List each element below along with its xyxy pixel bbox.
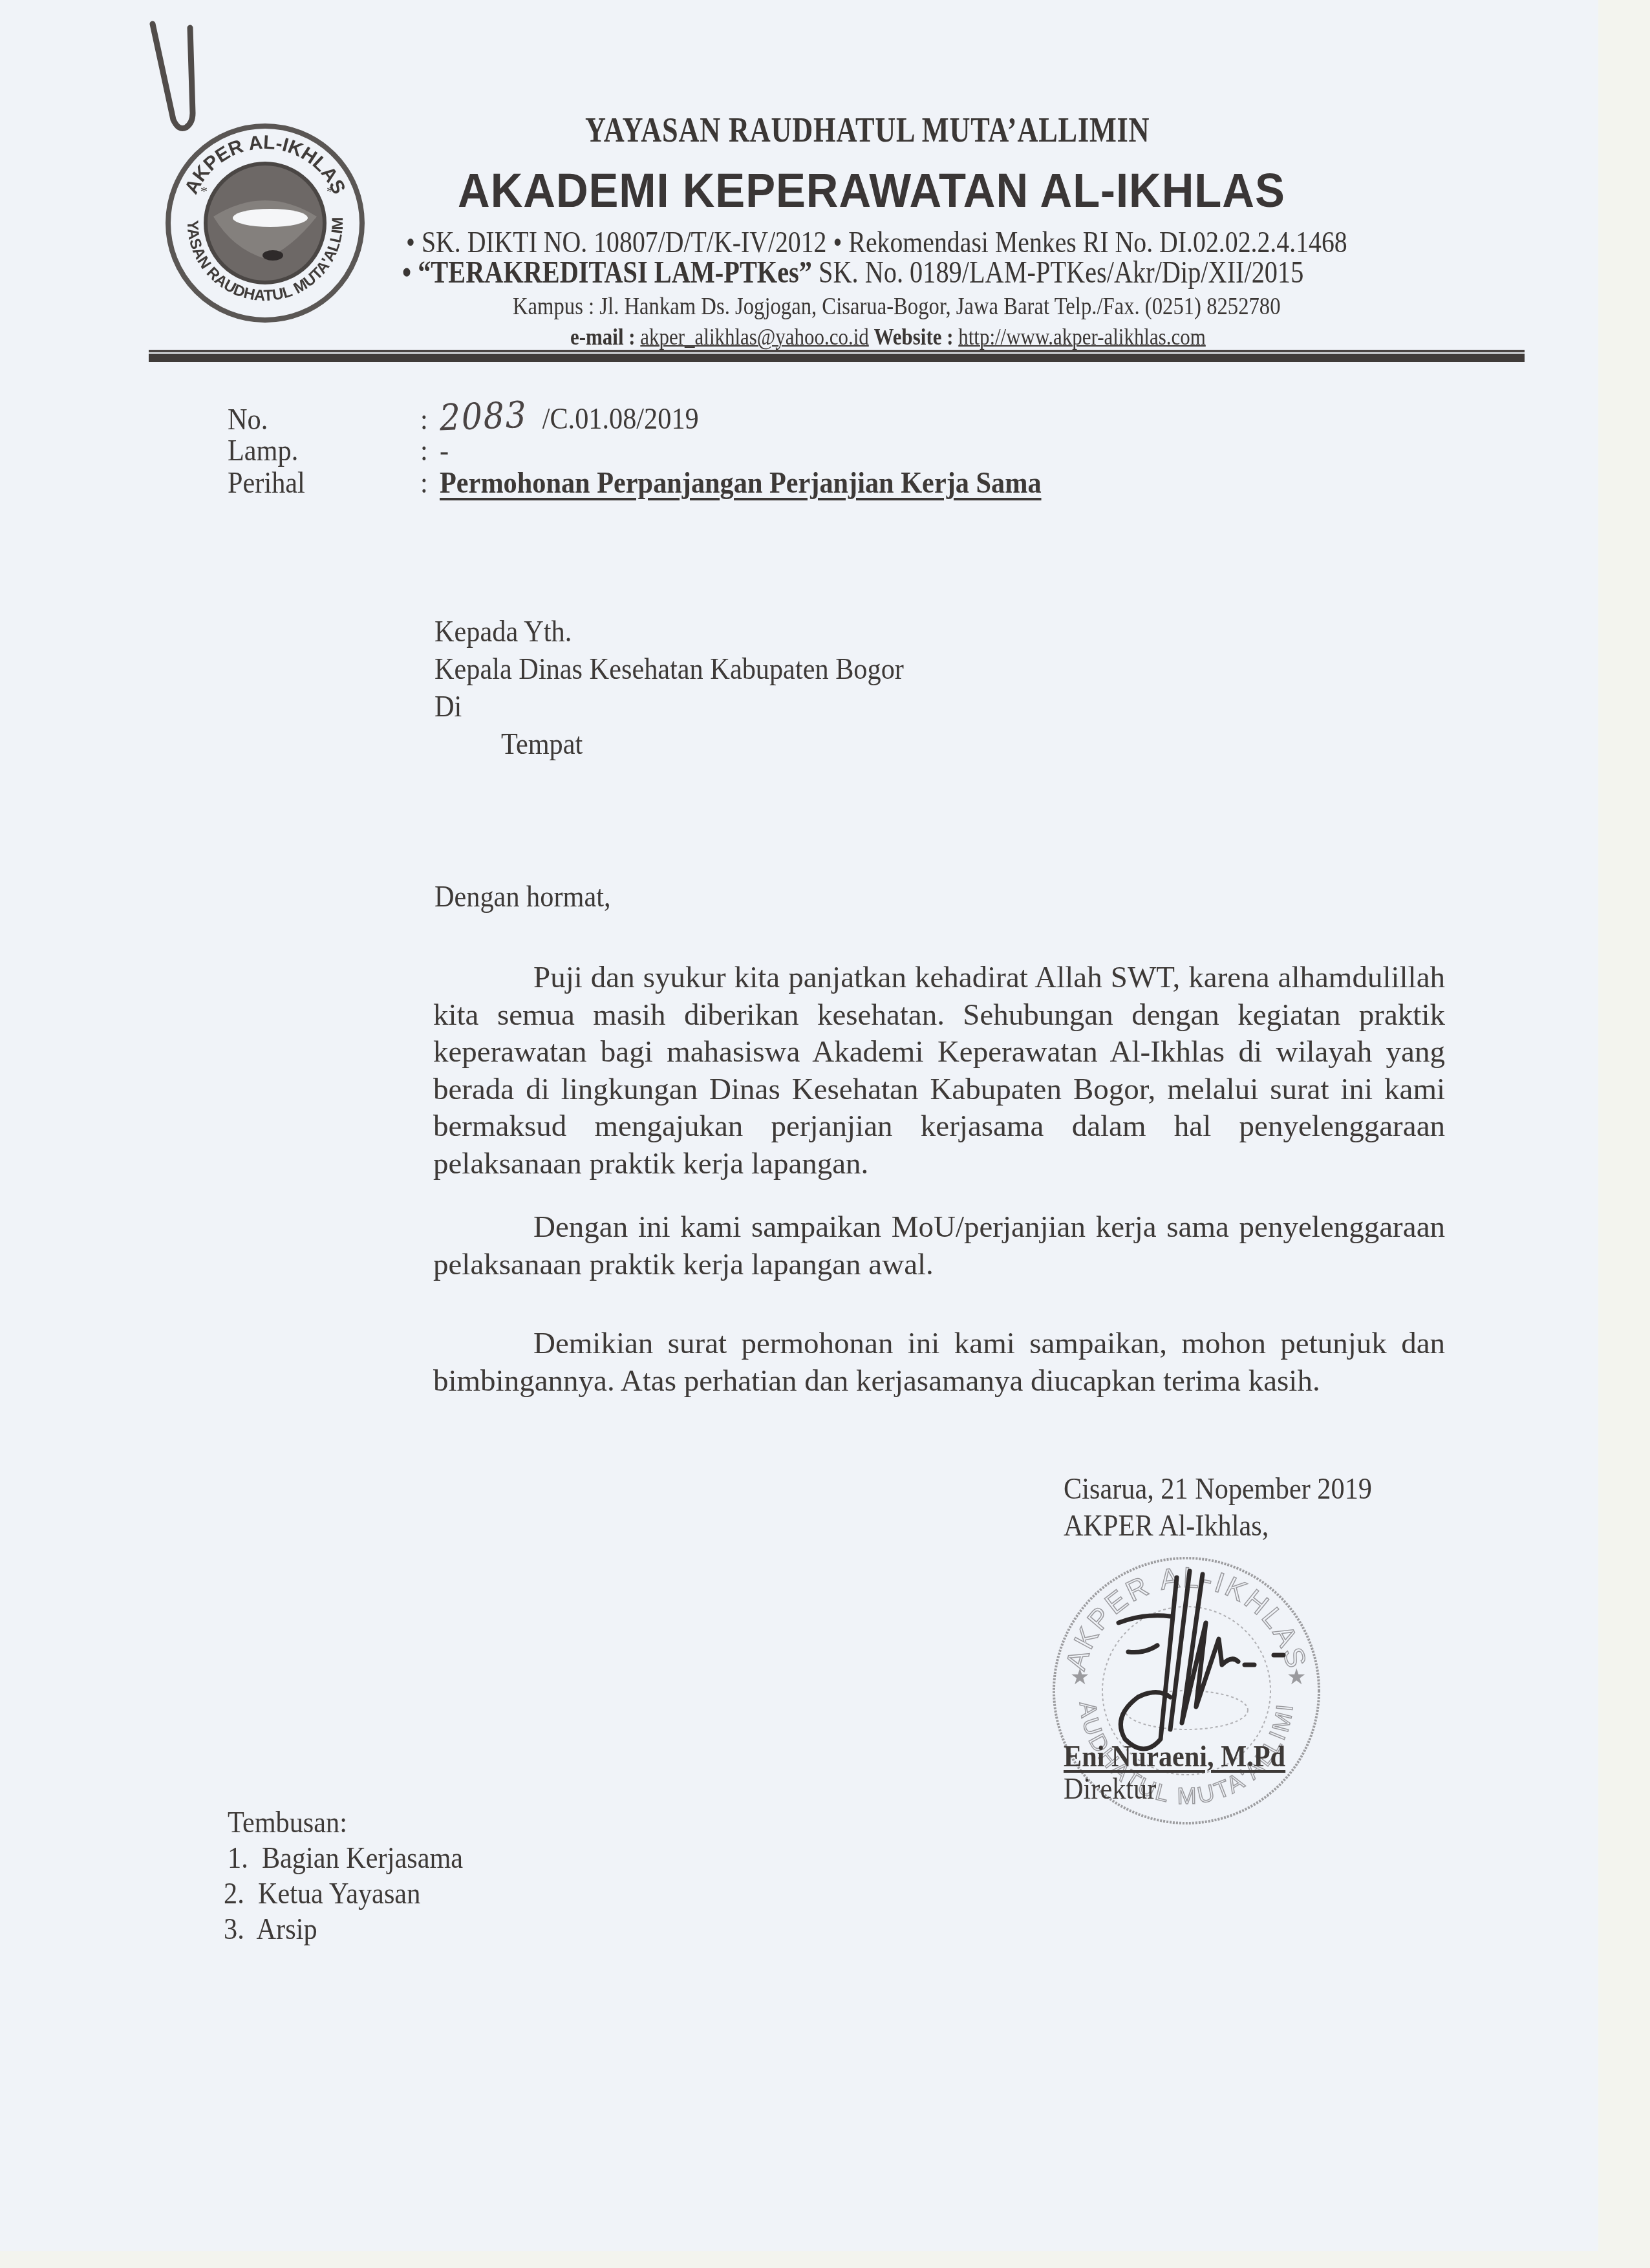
paragraph-text: Puji dan syukur kita panjatkan kehadirat… — [433, 961, 1445, 1181]
subject-colon: : — [420, 465, 428, 500]
foundation-name: YAYASAN RAUDHATUL MUTA’ALLIMIN — [585, 110, 1192, 150]
cc-item: 2. Ketua Yayasan — [224, 1876, 420, 1911]
svg-text:★: ★ — [1070, 1665, 1089, 1689]
handwritten-signature-icon — [1099, 1558, 1293, 1765]
body-paragraph-1: Puji dan syukur kita panjatkan kehadirat… — [433, 959, 1445, 1183]
contact-line: e-mail : akper_alikhlas@yahoo.co.id Webs… — [570, 323, 1206, 350]
greeting: Dengan hormat, — [434, 879, 611, 914]
paragraph-text: Demikian surat permohonan ini kami sampa… — [433, 1327, 1445, 1398]
body-paragraph-2: Dengan ini kami sampaikan MoU/perjanjian… — [433, 1209, 1445, 1283]
svg-text:*: * — [327, 183, 334, 199]
signing-institution: AKPER Al-Ikhlas, — [1064, 1508, 1269, 1543]
email-label: e-mail : — [570, 324, 636, 350]
cc-item: 1. Bagian Kerjasama — [228, 1841, 463, 1876]
body-paragraph-3: Demikian surat permohonan ini kami sampa… — [433, 1325, 1445, 1400]
email-link[interactable]: akper_alikhlas@yahoo.co.id — [640, 324, 868, 350]
academy-name: AKADEMI KEPERAWATAN AL-IKHLAS — [458, 163, 1285, 218]
letterhead-divider-thin — [149, 350, 1525, 352]
subject-value: Permohonan Perpanjangan Perjanjian Kerja… — [440, 465, 1042, 500]
institution-logo-icon: AKPER AL-IKHLAS YAYASAN RAUDHATUL MUTA'A… — [162, 120, 369, 326]
letter-page: AKPER AL-IKHLAS YAYASAN RAUDHATUL MUTA'A… — [0, 0, 1598, 2251]
campus-address: Kampus : Jl. Hankam Ds. Jogjogan, Cisaru… — [513, 292, 1281, 321]
website-label: Website : — [874, 324, 954, 350]
accreditation-number: SK. No. 0189/LAM-PTKes/Akr/Dip/XII/2015 — [812, 255, 1303, 290]
signatory-title: Direktur — [1064, 1771, 1156, 1806]
recipient-salutation: Kepada Yth. — [434, 614, 572, 649]
svg-text:*: * — [200, 183, 208, 199]
cc-item: 3. Arsip — [224, 1912, 317, 1947]
accreditation-status: • “TERAKREDITASI LAM-PTKes” SK. No. 0189… — [402, 255, 1303, 290]
handwritten-number: 2083 — [439, 394, 528, 439]
paperclip-icon — [147, 16, 212, 133]
number-colon: : — [420, 402, 428, 437]
place-date: Cisarua, 21 Nopember 2019 — [1064, 1471, 1372, 1506]
paragraph-text: Dengan ini kami sampaikan MoU/perjanjian… — [433, 1210, 1445, 1281]
attachment-colon: : — [420, 433, 428, 468]
number-suffix: /C.01.08/2019 — [542, 402, 699, 436]
signatory-name: Eni Nuraeni, M.Pd — [1064, 1739, 1285, 1774]
subject-label: Perihal — [228, 465, 305, 500]
letterhead-divider-thick — [149, 354, 1525, 362]
website-link[interactable]: http://www.akper-alikhlas.com — [958, 324, 1206, 350]
recipient-place: Tempat — [501, 727, 583, 762]
attachment-label: Lamp. — [228, 433, 298, 468]
recipient-at: Di — [434, 689, 462, 724]
recipient-name: Kepala Dinas Kesehatan Kabupaten Bogor — [434, 652, 904, 687]
number-label: No. — [228, 402, 268, 437]
attachment-value: - — [440, 433, 449, 468]
accreditation-title: • “TERAKREDITASI LAM-PTKes” — [402, 255, 812, 290]
cc-label: Tembusan: — [228, 1805, 347, 1840]
letter-number: 2083 /C.01.08/2019 — [440, 396, 699, 438]
